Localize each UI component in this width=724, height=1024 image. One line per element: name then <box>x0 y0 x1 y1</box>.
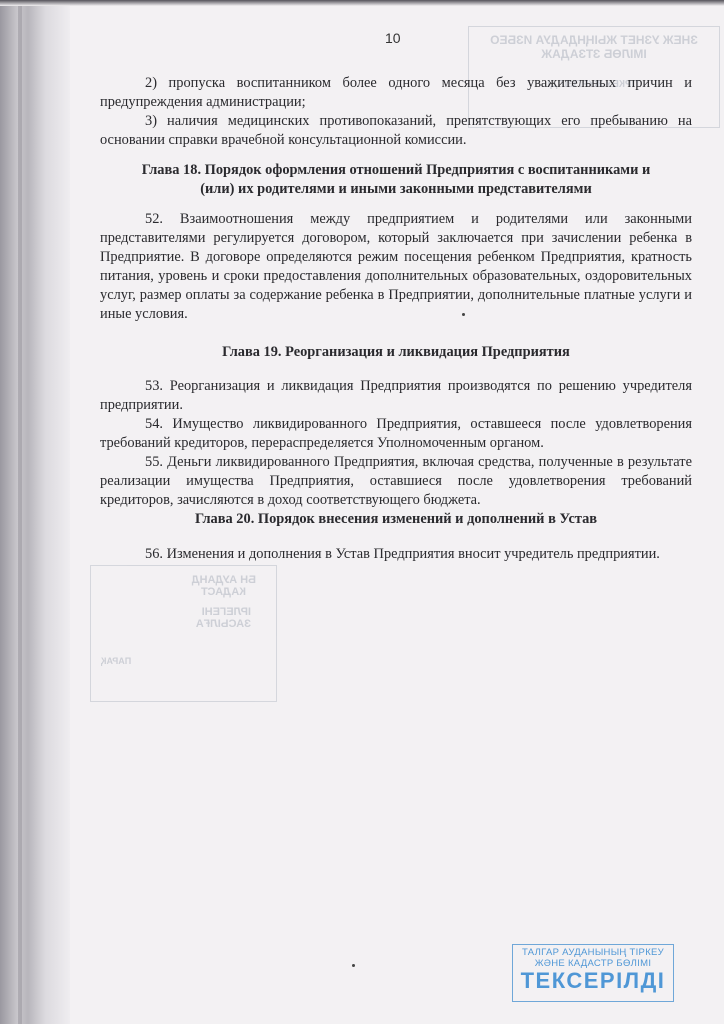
chapter-title: Глава 18. Порядок оформления отношений П… <box>100 161 692 180</box>
binding-shadow <box>0 0 70 1024</box>
stamp-text: ТАЛГАР АУДАНЫНЫҢ ТІРКЕУ <box>513 947 673 958</box>
paragraph: 53. Реорганизация и ликвидация Предприят… <box>100 377 692 415</box>
scan-speck <box>462 313 465 316</box>
chapter-heading: Глава 19. Реорганизация и ликвидация Пре… <box>100 343 692 362</box>
binding-fold <box>18 0 22 1024</box>
chapter-title: (или) их родителями и иными законными пр… <box>100 180 692 199</box>
paragraph: 52. Взаимоотношения между предприятием и… <box>100 210 692 324</box>
list-item: 3) наличия медицинских противопоказаний,… <box>100 112 692 150</box>
paragraph: 55. Деньги ликвидированного Предприятия,… <box>100 453 692 510</box>
chapter-body: 56. Изменения и дополнения в Устав Предп… <box>100 545 692 564</box>
chapter-title: Глава 20. Порядок внесения изменений и д… <box>100 510 692 529</box>
chapter-heading: Глава 18. Порядок оформления отношений П… <box>100 161 692 199</box>
verified-stamp: ТАЛГАР АУДАНЫНЫҢ ТІРКЕУ ЖӘНЕ КАДАСТР БӨЛ… <box>512 944 674 1002</box>
scan-speck <box>352 964 355 967</box>
page-number: 10 <box>385 30 401 46</box>
continuation-list: 2) пропуска воспитанником более одного м… <box>100 74 692 150</box>
document-page: 10 2) пропуска воспитанником более одног… <box>100 0 700 1024</box>
list-item: 2) пропуска воспитанником более одного м… <box>100 74 692 112</box>
chapter-body: 52. Взаимоотношения между предприятием и… <box>100 210 692 324</box>
stamp-text: ТЕКСЕРІЛДІ <box>513 969 673 993</box>
paragraph: 54. Имущество ликвидированного Предприят… <box>100 415 692 453</box>
paragraph: 56. Изменения и дополнения в Устав Предп… <box>100 545 692 564</box>
chapter-heading: Глава 20. Порядок внесения изменений и д… <box>100 510 692 529</box>
chapter-body: 53. Реорганизация и ликвидация Предприят… <box>100 377 692 510</box>
chapter-title: Глава 19. Реорганизация и ликвидация Пре… <box>100 343 692 362</box>
